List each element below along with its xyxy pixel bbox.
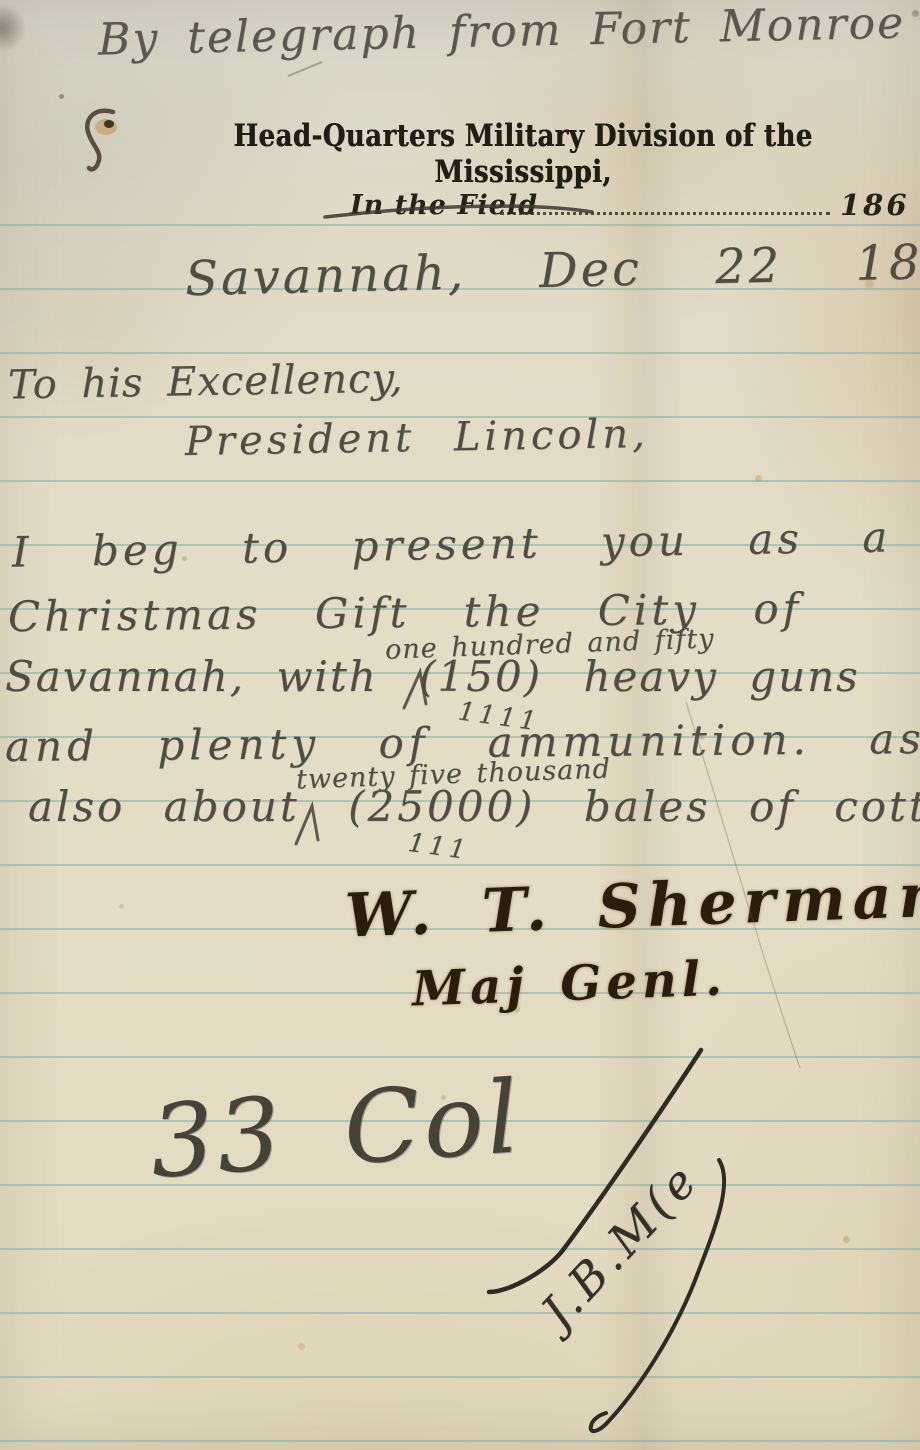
letter-page: By telegraph from Fort Monroe Head-Quart…: [0, 0, 920, 1450]
body-line-5-text: also about: [28, 782, 300, 831]
dotted-leader: [500, 188, 830, 215]
letterhead-title: Head-Quarters Military Division of the M…: [190, 118, 857, 190]
body-line-5: also about twenty five thousand (25000) …: [28, 786, 920, 828]
tally-cotton: 111: [407, 830, 472, 864]
stain-center: [95, 119, 117, 135]
signature-rank: Maj Genl.: [411, 955, 727, 1014]
body-line-5-text2: bales of cotton: [584, 782, 920, 831]
inserted-figure-cotton: twenty five thousand (25000) 111: [348, 786, 535, 828]
body-line-3-text2: heavy guns: [583, 652, 859, 701]
salutation-excellency: To his Excellency,: [8, 359, 404, 406]
docket-count: 33 Col: [147, 1067, 525, 1193]
inserted-figure-guns: one hundred and fifty (150) 1111: [419, 656, 542, 698]
stain-mark: [87, 111, 113, 170]
salutation-lincoln: President Lincoln,: [185, 414, 649, 462]
signature-name: W. T. Sherman: [344, 865, 920, 946]
stain-dark-spot: [104, 120, 114, 128]
letterhead: Head-Quarters Military Division of the M…: [126, 118, 920, 190]
foxing-specks: [0, 0, 3, 3]
body-line-3: Savannah, with one hundred and fifty (15…: [5, 656, 860, 698]
telegraph-annotation: By telegraph from Fort Monroe: [98, 2, 906, 63]
year-stub: 186: [840, 188, 910, 222]
field-line: In the Field 186: [0, 188, 920, 224]
body-line-3-text: Savannah, with: [5, 652, 378, 701]
paper-scratch: [288, 62, 322, 76]
